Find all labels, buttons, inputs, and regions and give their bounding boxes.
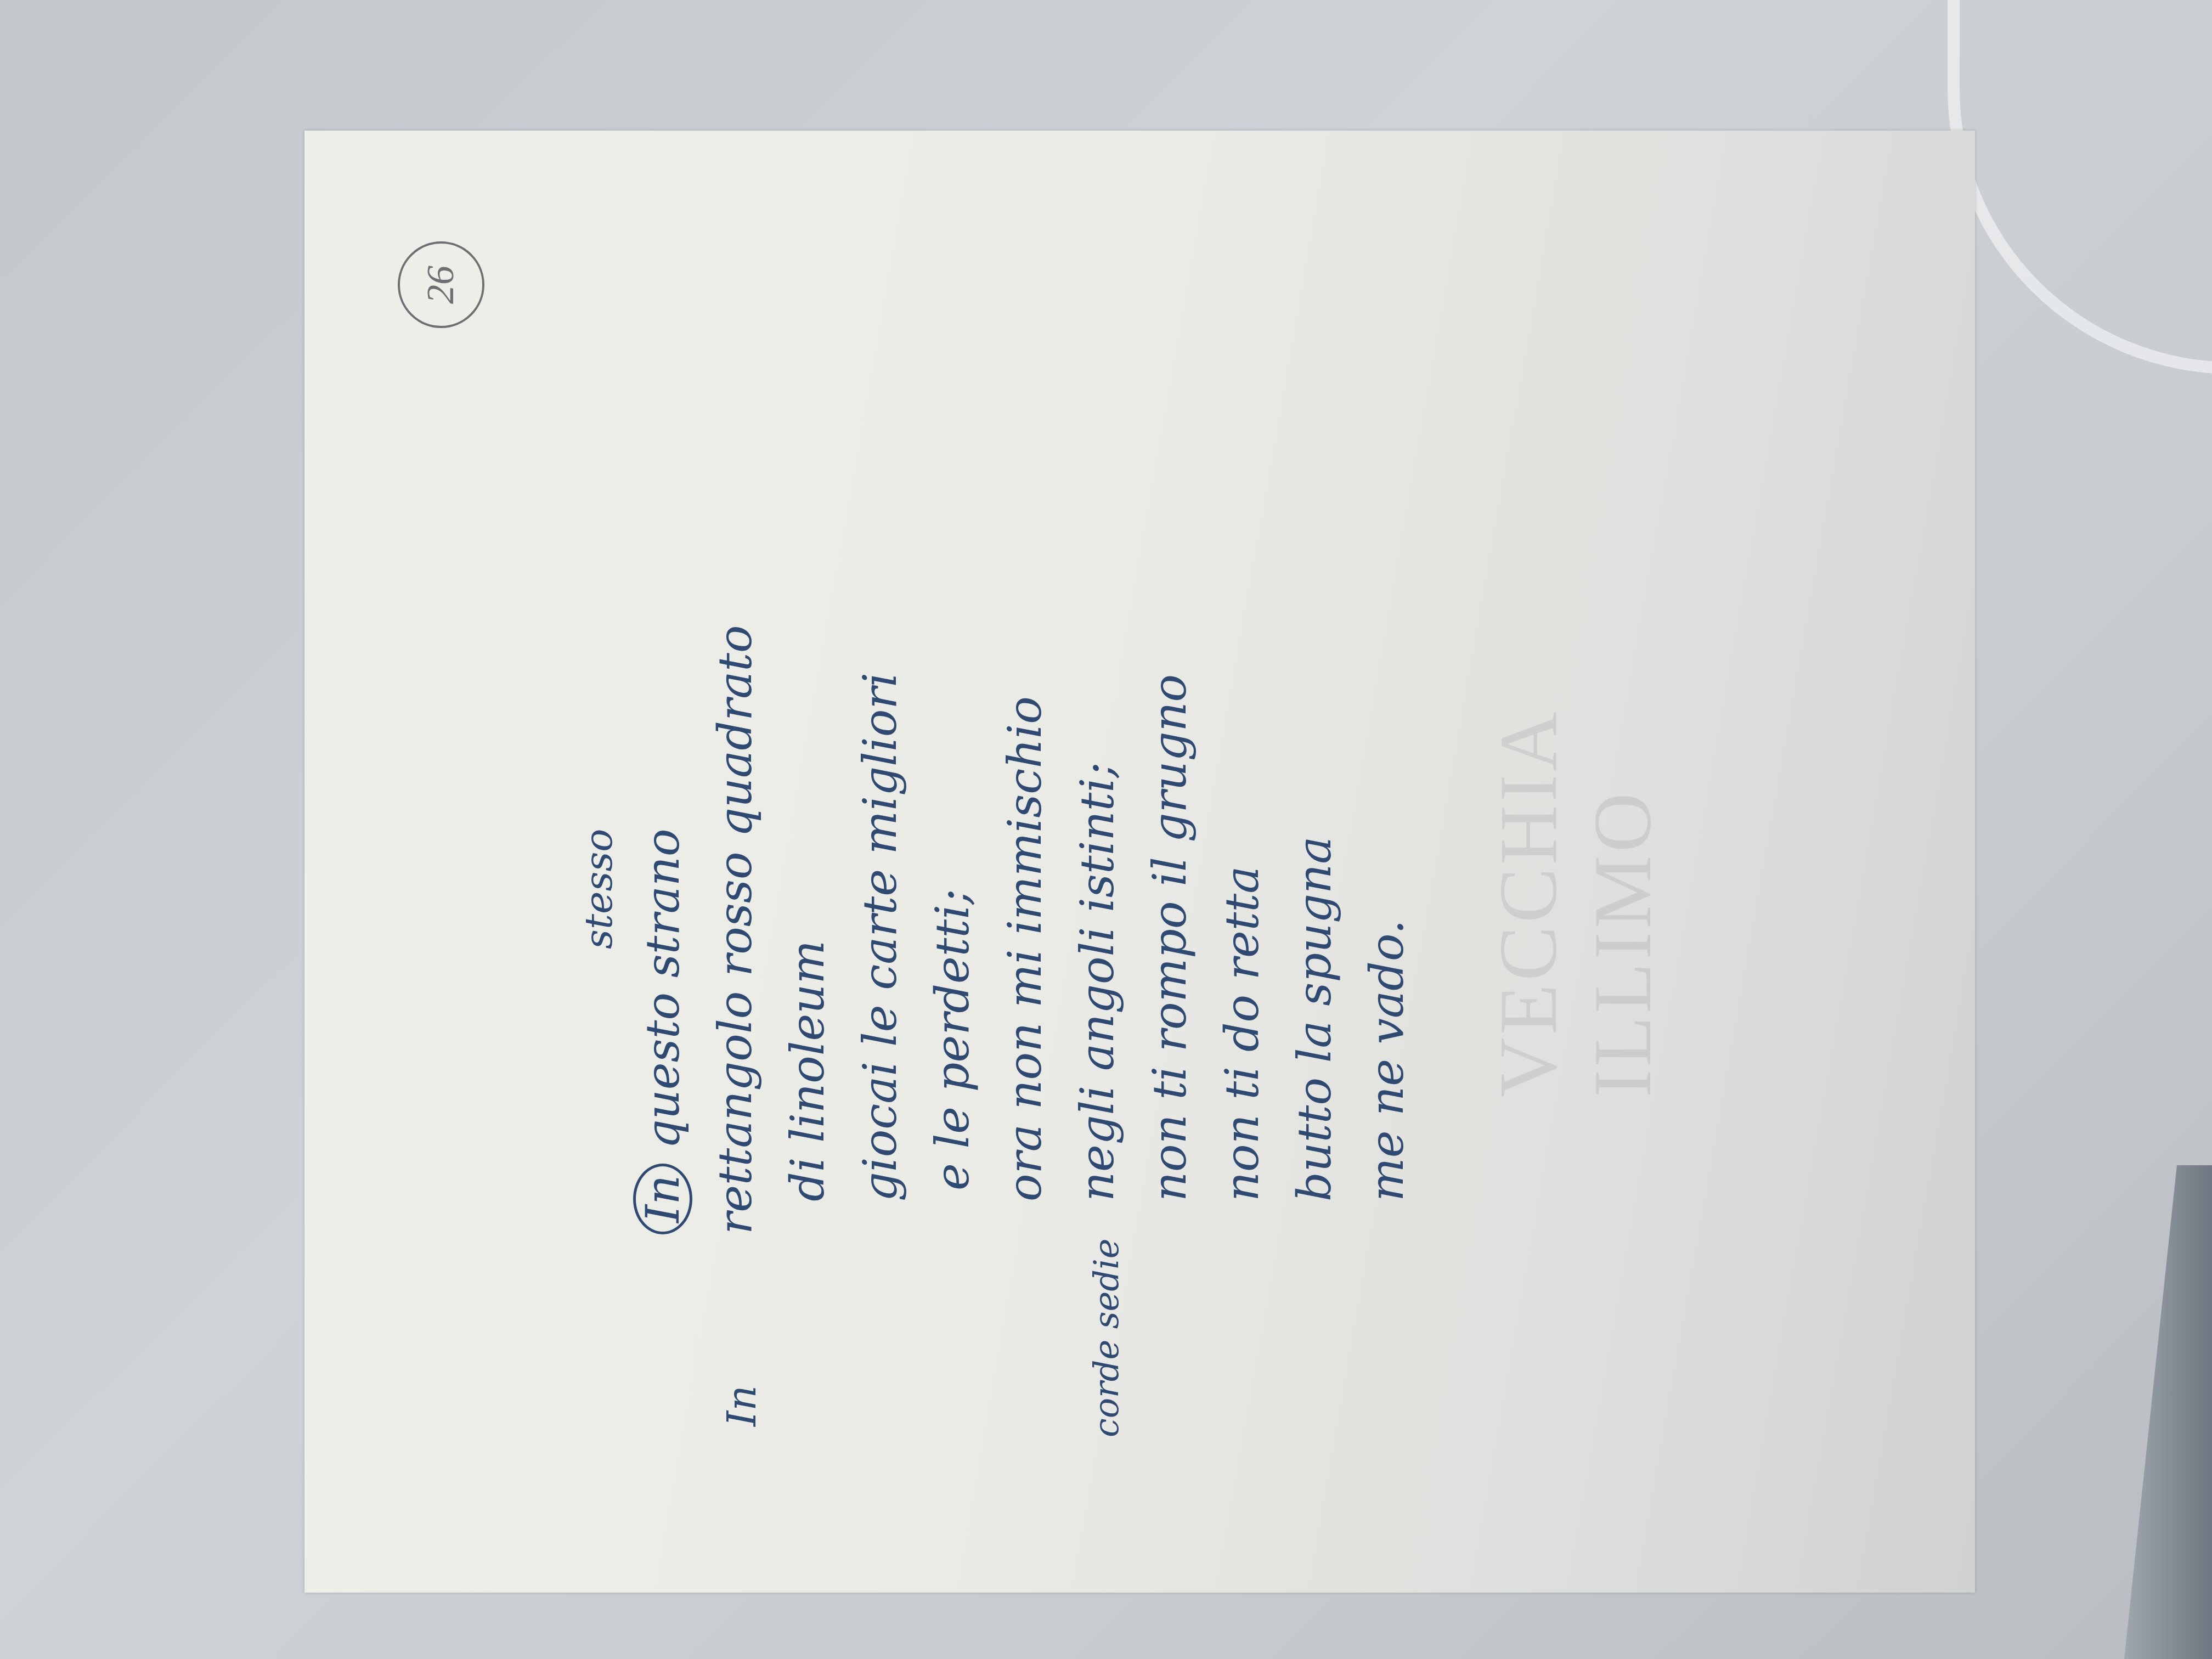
desk-edge (2124, 1165, 2212, 1659)
page-number-text: 26 (419, 266, 463, 304)
margin-note-insertion: In (719, 1385, 765, 1426)
poem-line: me ne vado. (1351, 411, 1423, 1234)
poem-body: stesso In questo strano rettangolo rosso… (576, 411, 1423, 1234)
poem-line: negli angoli istinti; (1061, 411, 1133, 1234)
poem-line: di linoleum (771, 411, 844, 1234)
poem-line-text: questo strano (636, 829, 690, 1164)
poem-title: stesso (576, 411, 621, 949)
desk-cable (1948, 0, 2212, 374)
poem-line: In questo strano (627, 411, 699, 1234)
poem-line: e le perdetti; (916, 411, 989, 1234)
margin-note-correction: corde sedie (1086, 1239, 1126, 1438)
poem-line: non ti rompo il grugno (1133, 411, 1206, 1234)
poem-line: butto la spugna (1278, 411, 1351, 1234)
poem-line: ora non mi immischio (989, 411, 1061, 1234)
poem-line: non ti do retta (1206, 411, 1278, 1234)
poem-line: rettangolo rosso quadrato (699, 411, 771, 1234)
circled-word: In (633, 1164, 692, 1234)
poem-line: giocai le carte migliori (844, 411, 916, 1234)
page-number-circled: 26 (398, 241, 484, 328)
show-through-print: VECCHIA ILLIMO (1481, 576, 1607, 1097)
